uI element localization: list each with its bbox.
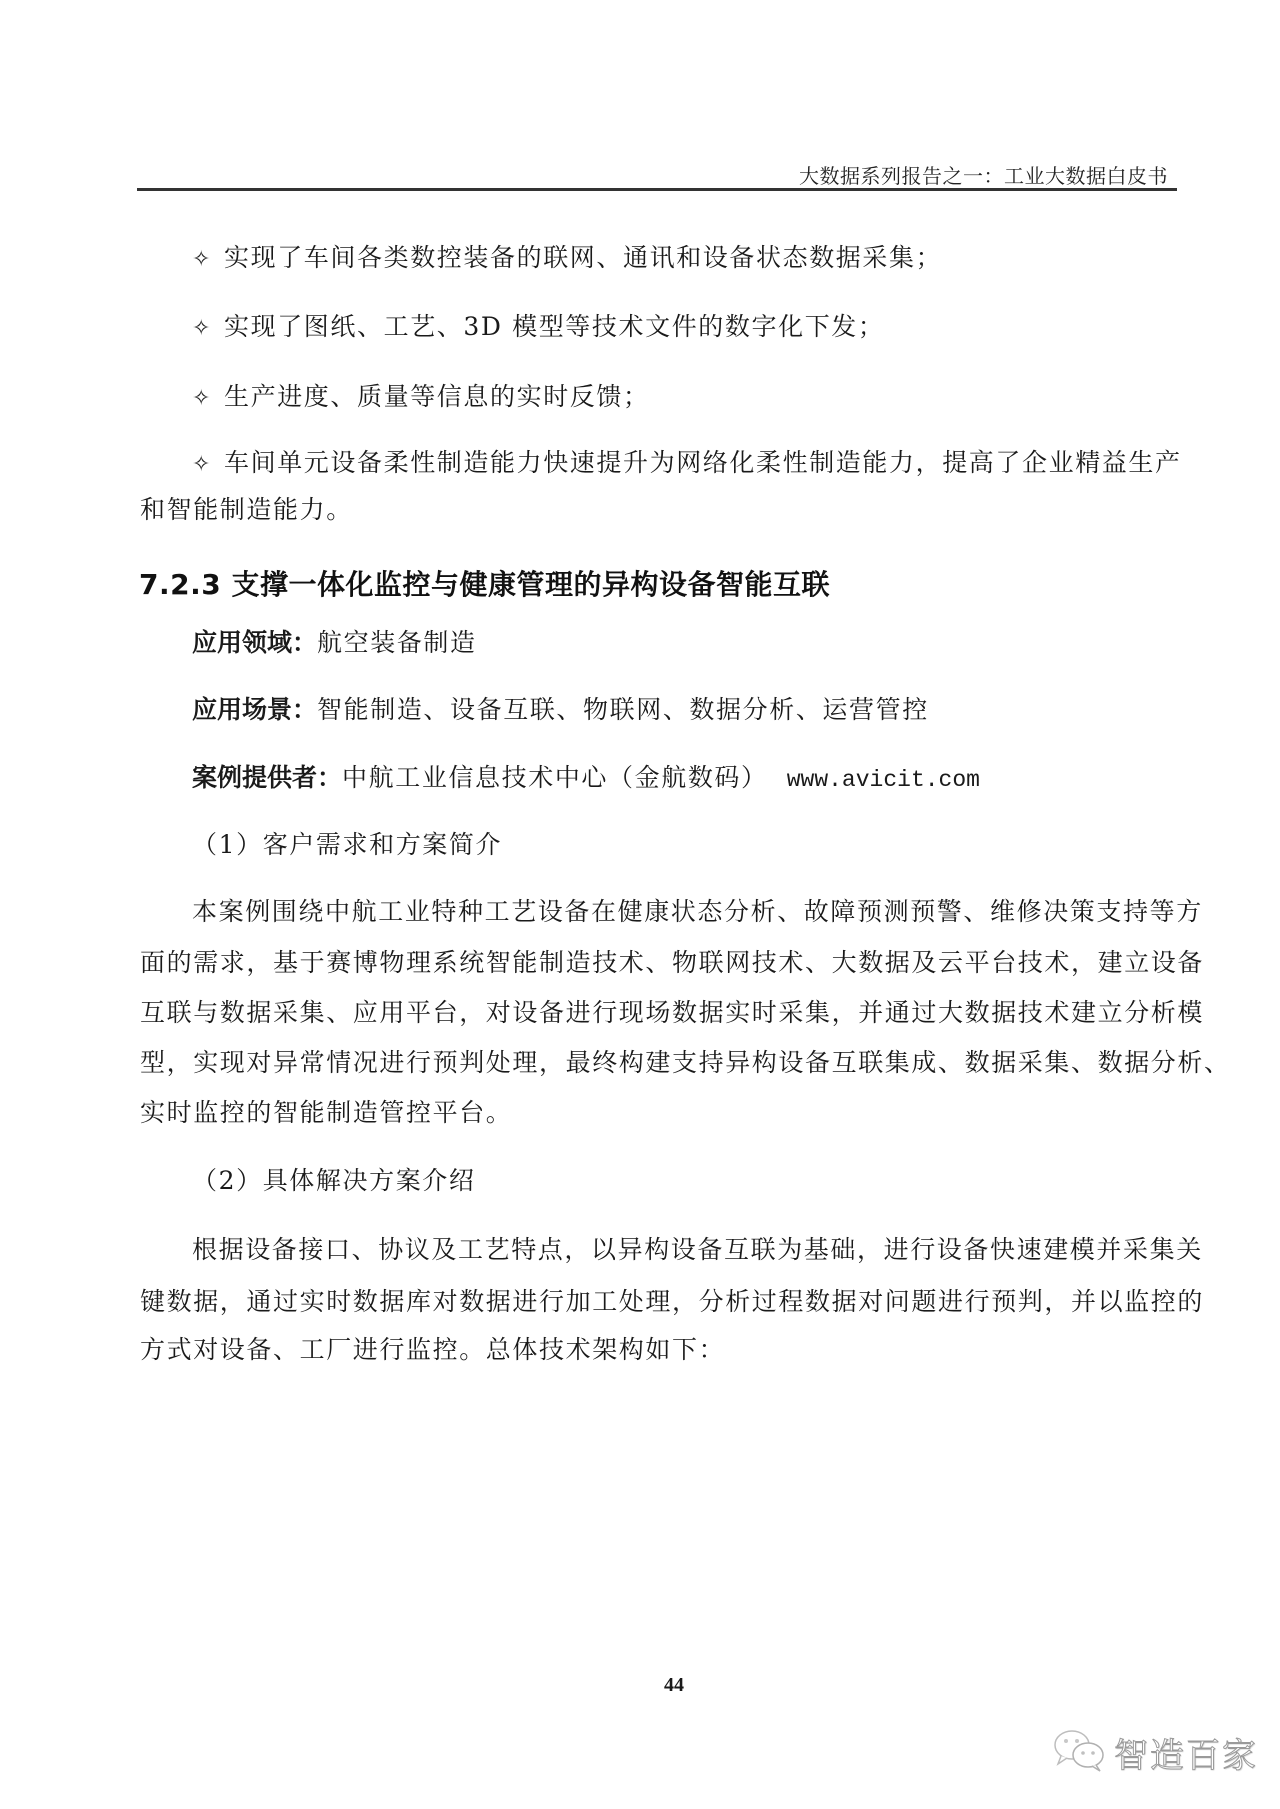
bullet-item: ✧生产进度、质量等信息的实时反馈；	[192, 380, 1176, 414]
meta-value: 智能制造、设备互联、物联网、数据分析、运营管控	[317, 695, 929, 724]
paragraph-line: 键数据，通过实时数据库对数据进行加工处理，分析过程数据对问题进行预判，并以监控的	[140, 1285, 1176, 1319]
diamond-bullet-icon: ✧	[192, 312, 224, 346]
bullet-text: 实现了车间各类数控装备的联网、通讯和设备状态数据采集；	[224, 243, 942, 272]
running-header: 大数据系列报告之一：工业大数据白皮书	[799, 160, 1168, 189]
bullet-item: ✧实现了图纸、工艺、3D 模型等技术文件的数字化下发；	[192, 310, 1176, 344]
subsection-title: （2）具体解决方案介绍	[192, 1164, 1176, 1198]
diamond-bullet-icon: ✧	[192, 243, 224, 277]
bullet-text: 生产进度、质量等信息的实时反馈；	[224, 382, 650, 411]
bullet-item: ✧实现了车间各类数控装备的联网、通讯和设备状态数据采集；	[192, 241, 1176, 275]
paragraph-line: 根据设备接口、协议及工艺特点，以异构设备互联为基础，进行设备快速建模并采集关	[192, 1233, 1176, 1267]
paragraph-line: 面的需求，基于赛博物理系统智能制造技术、物联网技术、大数据及云平台技术，建立设备	[140, 946, 1176, 980]
meta-application-scenario: 应用场景：智能制造、设备互联、物联网、数据分析、运营管控	[192, 693, 1176, 727]
meta-label: 应用领域：	[192, 628, 317, 657]
paragraph-line: 本案例围绕中航工业特种工艺设备在健康状态分析、故障预测预警、维修决策支持等方	[192, 895, 1176, 929]
paragraph-line: 方式对设备、工厂进行监控。总体技术架构如下：	[140, 1333, 1176, 1367]
watermark: 智造百家	[1052, 1728, 1258, 1776]
diamond-bullet-icon: ✧	[192, 448, 224, 482]
meta-application-domain: 应用领域：航空装备制造	[192, 626, 1176, 660]
bullet-continuation: 和智能制造能力。	[140, 493, 1176, 527]
header-divider	[137, 188, 1177, 191]
provider-url-link[interactable]: www.avicit.com	[787, 767, 980, 793]
meta-value: 航空装备制造	[317, 628, 477, 657]
meta-label: 应用场景：	[192, 695, 317, 724]
paragraph-line: 互联与数据采集、应用平台，对设备进行现场数据实时采集，并通过大数据技术建立分析模	[140, 996, 1176, 1030]
paragraph-line: 型，实现对异常情况进行预判处理，最终构建支持异构设备互联集成、数据采集、数据分析…	[140, 1046, 1176, 1080]
diamond-bullet-icon: ✧	[192, 382, 224, 416]
subsection-title: （1）客户需求和方案简介	[192, 828, 1176, 862]
bullet-item: ✧车间单元设备柔性制造能力快速提升为网络化柔性制造能力，提高了企业精益生产	[192, 446, 1176, 480]
page-number: 44	[664, 1674, 684, 1697]
paragraph-line: 实时监控的智能制造管控平台。	[140, 1096, 1176, 1130]
meta-case-provider: 案例提供者：中航工业信息技术中心（金航数码） www.avicit.com	[192, 761, 1176, 795]
bullet-text: 车间单元设备柔性制造能力快速提升为网络化柔性制造能力，提高了企业精益生产	[224, 448, 1182, 477]
meta-value: 中航工业信息技术中心（金航数码）	[342, 763, 768, 792]
watermark-text: 智造百家	[1114, 1728, 1258, 1777]
section-heading: 7.2.3 支撑一体化监控与健康管理的异构设备智能互联	[139, 566, 830, 604]
wechat-icon	[1052, 1727, 1108, 1777]
bullet-text: 实现了图纸、工艺、3D 模型等技术文件的数字化下发；	[224, 312, 885, 341]
meta-label: 案例提供者：	[192, 763, 342, 792]
